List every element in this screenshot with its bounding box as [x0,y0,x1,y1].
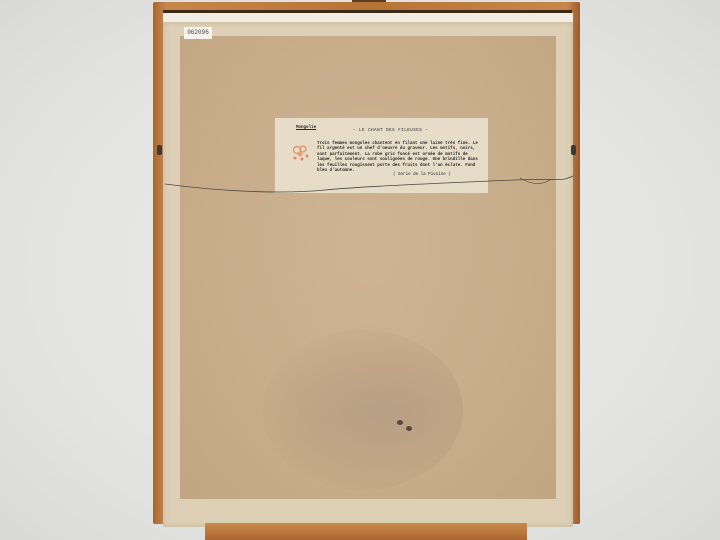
tag-title: - LE CHANT DES FILEUSES - [353,129,428,134]
tag-city: Mongolie [296,126,316,131]
stain-dot [406,426,412,431]
stain-dot [397,420,403,425]
hanging-hook-right [571,145,576,155]
tag-body: Trois femmes mongoles chantent en filant… [317,142,482,174]
water-stain [263,330,463,490]
easel-base-ledge [205,523,527,540]
cardboard-backing [163,22,573,527]
hanging-wire [165,172,575,202]
hanging-hook-left [157,145,162,155]
inventory-label: 062096 [184,27,212,39]
flower-stamp-icon [291,144,311,162]
